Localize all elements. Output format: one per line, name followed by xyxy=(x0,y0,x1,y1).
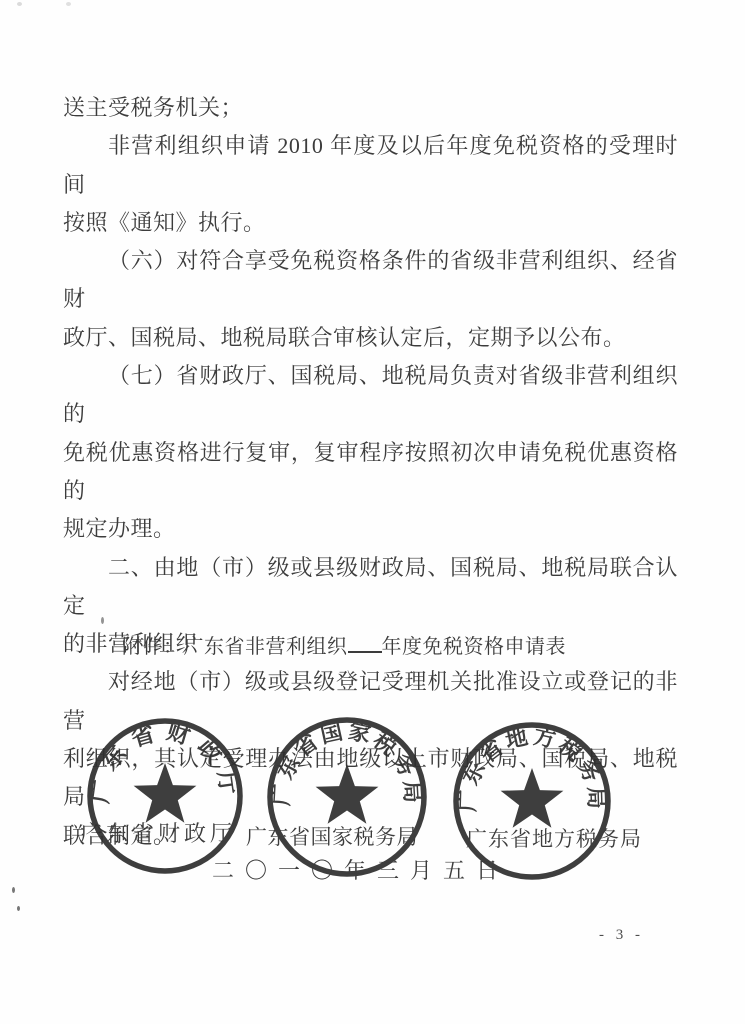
attachment-prefix: 附件：广东省非营利组织 xyxy=(122,636,348,658)
signatory-state-tax-bureau: 广东省国家税务局 xyxy=(246,821,418,851)
star-icon xyxy=(501,768,564,828)
attachment-suffix: 年度免税资格申请表 xyxy=(382,636,567,658)
scan-artifact xyxy=(12,887,15,893)
scan-artifact xyxy=(66,2,71,6)
scanned-document-page: 送主受税务机关； 非营利组织申请 2010 年度及以后年度免税资格的受理时间 按… xyxy=(0,0,745,1024)
body-line: 按照《通知》执行。 xyxy=(63,204,678,242)
body-line: （六）对符合享受免税资格条件的省级非营利组织、经省财 xyxy=(63,242,678,319)
attachment-blank-underline xyxy=(348,637,382,653)
scan-artifact xyxy=(17,906,20,911)
body-line: 规定办理。 xyxy=(63,510,678,548)
attachment-line: 附件：广东省非营利组织年度免税资格申请表 xyxy=(122,630,566,659)
body-line: 二、由地（市）级或县级财政局、国税局、地税局联合认定 xyxy=(63,549,678,626)
page-number: - 3 - xyxy=(599,927,644,944)
star-icon xyxy=(316,764,379,824)
body-line: 非营利组织申请 2010 年度及以后年度免税资格的受理时间 xyxy=(63,127,678,204)
body-line: （七）省财政厅、国税局、地税局负责对省级非营利组织的 xyxy=(63,357,678,434)
scan-artifact xyxy=(101,617,104,624)
signatory-local-tax-bureau: 广东省地方税务局 xyxy=(466,823,642,853)
document-date: 二〇一〇年三月五日 xyxy=(212,854,509,885)
signatory-finance-dept: 广东省财政厅 xyxy=(80,817,236,848)
scan-artifact xyxy=(17,2,22,6)
body-line: 免税优惠资格进行复审，复审程序按照初次申请免税优惠资格的 xyxy=(63,434,678,511)
body-line: 政厅、国税局、地税局联合审核认定后，定期予以公布。 xyxy=(63,319,678,357)
star-icon xyxy=(134,763,197,823)
body-line: 送主受税务机关； xyxy=(63,89,678,127)
